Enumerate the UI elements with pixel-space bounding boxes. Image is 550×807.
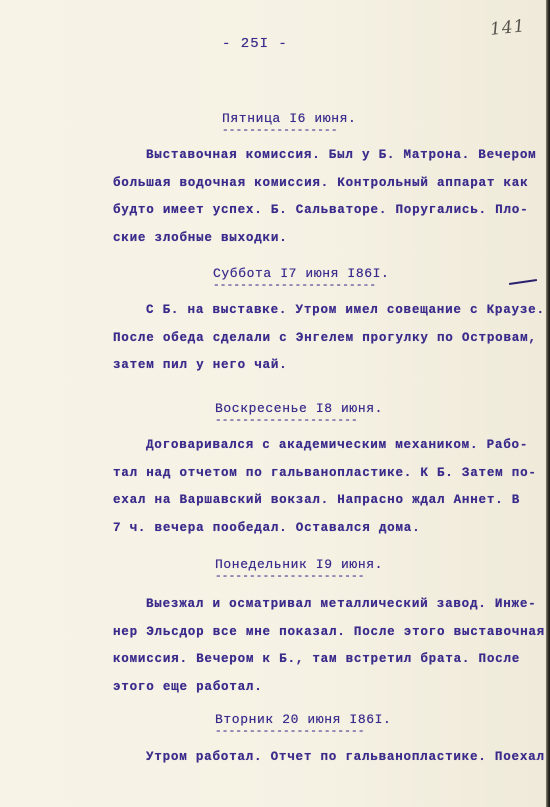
entry-body-sunday: Договаривался с академическим механиком.… [113,432,537,542]
heading-text: Суббота I7 июня I86I. [213,266,389,281]
text-line: этого еще работал. [113,674,545,702]
text-line: тал над отчетом по гальванопластике. К Б… [113,460,537,488]
entry-heading-monday: Понедельник I9 июня. -------------------… [215,557,383,582]
entry-heading-saturday: Суббота I7 июня I86I. ------------------… [213,266,389,291]
page-edge-border [546,0,550,807]
text-line: 7 ч. вечера пообедал. Оставался дома. [113,515,537,543]
text-line: большая водочная комиссия. Контрольный а… [113,170,536,198]
heading-underline: --------------------- [215,417,383,426]
text-line: комиссия. Вечером к Б., там встретил бра… [113,646,545,674]
heading-underline: ----------------- [222,127,356,136]
heading-underline: ------------------------ [213,282,389,291]
entry-body-tuesday: Утром работал. Отчет по гальванопластике… [113,744,545,772]
entry-heading-sunday: Воскресенье I8 июня. -------------------… [215,401,383,426]
text-line: После обеда сделали с Энгелем прогулку п… [113,325,545,353]
entry-body-friday: Выставочная комиссия. Был у Б. Матрона. … [113,142,536,252]
document-page: - 25I - 141 Пятница I6 июня. -----------… [0,0,546,807]
entry-body-saturday: С Б. на выставке. Утром имел совещание с… [113,297,545,380]
handwritten-correction-mark [509,279,537,285]
text-line: затем пил у него чай. [113,352,545,380]
text-line: С Б. на выставке. Утром имел совещание с… [113,297,545,325]
text-line: Договаривался с академическим механиком.… [113,432,537,460]
page-number: - 25I - [222,36,288,52]
text-line: ские злобные выходки. [113,225,536,253]
text-line: нер Эльсдор все мне показал. После этого… [113,619,545,647]
heading-text: Воскресенье I8 июня. [215,401,383,416]
entry-heading-tuesday: Вторник 20 июня I86I. ------------------… [215,712,391,737]
text-line: ехал на Варшавский вокзал. Напрасно ждал… [113,487,537,515]
heading-underline: ---------------------- [215,573,383,582]
heading-text: Вторник 20 июня I86I. [215,712,391,727]
heading-text: Пятница I6 июня. [222,111,356,126]
heading-underline: ---------------------- [215,728,391,737]
entry-heading-friday: Пятница I6 июня. ----------------- [222,111,356,136]
entry-body-monday: Выезжал и осматривал металлический завод… [113,591,545,701]
text-line: Выставочная комиссия. Был у Б. Матрона. … [113,142,536,170]
text-line: будто имеет успех. Б. Сальваторе. Поруга… [113,197,536,225]
text-line: Утром работал. Отчет по гальванопластике… [113,744,545,772]
text-line: Выезжал и осматривал металлический завод… [113,591,545,619]
archive-folio-number: 141 [489,16,526,40]
heading-text: Понедельник I9 июня. [215,557,383,572]
